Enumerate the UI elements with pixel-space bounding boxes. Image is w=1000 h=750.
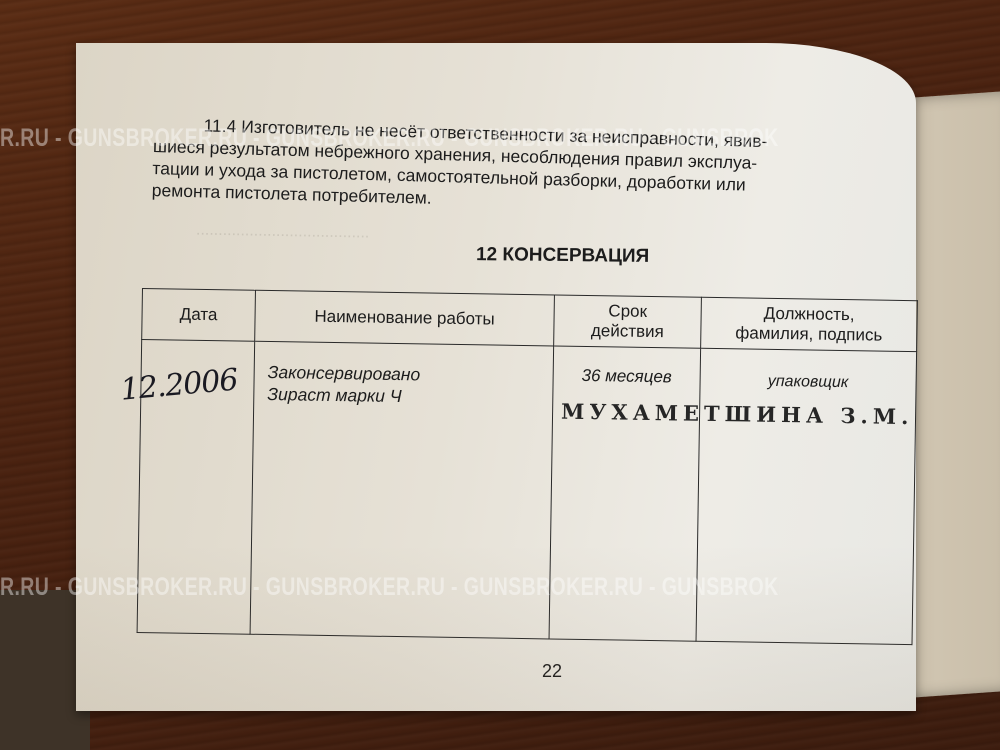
header-work-name: Наименование работы xyxy=(255,290,555,346)
term-value: 36 месяцев xyxy=(555,365,699,387)
cell-position: упаковщик xyxy=(696,348,917,644)
header-term: Срок действия xyxy=(554,295,702,348)
header-date: Дата xyxy=(142,289,256,342)
header-term-line: Срок xyxy=(608,301,647,321)
position-value: упаковщик xyxy=(701,372,914,393)
work-line: Зираст марки Ч xyxy=(267,383,551,409)
cell-date: 12.2006 xyxy=(137,340,255,635)
conservation-table-wrapper: Дата Наименование работы Срок действия Д… xyxy=(137,288,918,645)
header-position: Должность, фамилия, подпись xyxy=(701,297,918,351)
warranty-paragraph: 11.4 Изготовитель не несёт ответственнос… xyxy=(152,113,904,222)
header-term-line: действия xyxy=(591,321,664,341)
table-row: 12.2006 Законсервировано Зираст марки Ч … xyxy=(137,340,917,645)
page-number: 22 xyxy=(542,661,562,682)
handwritten-date: 12.2006 xyxy=(119,362,239,407)
header-position-line: Должность, xyxy=(764,304,855,324)
section-title: 12 КОНСЕРВАЦИЯ xyxy=(476,244,649,268)
cell-work-name: Законсервировано Зираст марки Ч xyxy=(250,341,554,639)
header-position-line: фамилия, подпись xyxy=(735,323,882,344)
cell-term: 36 месяцев МУХАМЕТШИНА З.М. xyxy=(549,346,701,641)
name-stamp: МУХАМЕТШИНА З.М. xyxy=(561,399,914,430)
booklet-page: ....................................... … xyxy=(76,43,916,711)
conservation-table: Дата Наименование работы Срок действия Д… xyxy=(137,288,918,645)
show-through-text: ....................................... xyxy=(196,221,370,242)
